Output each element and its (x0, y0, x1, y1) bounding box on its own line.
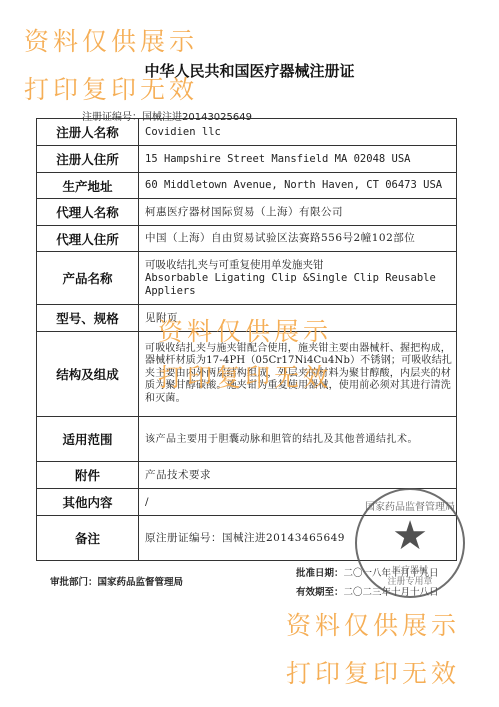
row-label: 适用范围 (37, 417, 139, 462)
seal-arc-text: 国家药品监督管理局 (357, 498, 463, 513)
row-value: 可吸收结扎夹与施夹钳配合使用，施夹钳主要由器械杆、握把构成，器械杆材质为17-4… (139, 332, 457, 417)
row-value: 见附页 (139, 305, 457, 332)
document-title: 中华人民共和国医疗器械注册证 (0, 60, 499, 81)
row-label: 代理人住所 (37, 226, 139, 252)
product-name-en-2: Appliers (145, 285, 454, 298)
row-value: 柯惠医疗器材国际贸易（上海）有限公司 (139, 199, 457, 226)
row-label: 注册人住所 (37, 146, 139, 173)
row-value: 60 Middletown Avenue, North Haven, CT 06… (139, 173, 457, 199)
row-label: 备注 (37, 516, 139, 561)
table-row: 注册人名称 Covidien llc (37, 119, 457, 146)
row-label: 其他内容 (37, 489, 139, 516)
table-row: 注册人住所 15 Hampshire Street Mansfield MA 0… (37, 146, 457, 173)
product-name-en-1: Absorbable Ligating Clip &Single Clip Re… (145, 272, 454, 285)
row-label: 产品名称 (37, 252, 139, 305)
row-value: 15 Hampshire Street Mansfield MA 02048 U… (139, 146, 457, 173)
watermark-bottom-line1: 资料仅供展示 (286, 606, 460, 642)
table-row: 产品名称 可吸收结扎夹与可重复使用单发施夹钳 Absorbable Ligati… (37, 252, 457, 305)
row-value: 可吸收结扎夹与可重复使用单发施夹钳 Absorbable Ligating Cl… (139, 252, 457, 305)
seal-inner-line1: 医疗器械 (357, 566, 463, 577)
seal-inner-line2: 注册专用章 (357, 577, 463, 588)
watermark-top-line1: 资料仅供展示 (24, 22, 198, 58)
product-name-cn: 可吸收结扎夹与可重复使用单发施夹钳 (145, 259, 454, 272)
approval-department-label: 审批部门： (50, 577, 98, 588)
table-row: 型号、规格 见附页 (37, 305, 457, 332)
table-row: 代理人名称 柯惠医疗器材国际贸易（上海）有限公司 (37, 199, 457, 226)
official-seal: 国家药品监督管理局 ★ 医疗器械 注册专用章 (355, 488, 465, 598)
table-row: 生产地址 60 Middletown Avenue, North Haven, … (37, 173, 457, 199)
row-value: 该产品主要用于胆囊动脉和胆管的结扎及其他普通结扎术。 (139, 417, 457, 462)
row-label: 注册人名称 (37, 119, 139, 146)
table-row: 附件 产品技术要求 (37, 462, 457, 489)
row-label: 代理人名称 (37, 199, 139, 226)
row-value: 中国（上海）自由贸易试验区法赛路556号2幢102部位 (139, 226, 457, 252)
table-row: 适用范围 该产品主要用于胆囊动脉和胆管的结扎及其他普通结扎术。 (37, 417, 457, 462)
valid-until-label: 有效期至： (296, 587, 344, 598)
row-value: Covidien llc (139, 119, 457, 146)
seal-inner-text: 医疗器械 注册专用章 (357, 566, 463, 588)
table-row: 结构及组成 可吸收结扎夹与施夹钳配合使用，施夹钳主要由器械杆、握把构成，器械杆材… (37, 332, 457, 417)
star-icon: ★ (357, 516, 463, 556)
row-label: 结构及组成 (37, 332, 139, 417)
row-label: 附件 (37, 462, 139, 489)
watermark-bottom-line2: 打印复印无效 (286, 654, 460, 690)
row-value: 产品技术要求 (139, 462, 457, 489)
approval-department: 审批部门：国家药品监督管理局 (50, 574, 183, 588)
table-row: 代理人住所 中国（上海）自由贸易试验区法赛路556号2幢102部位 (37, 226, 457, 252)
approval-date-label: 批准日期： (296, 568, 344, 579)
row-label: 生产地址 (37, 173, 139, 199)
approval-department-value: 国家药品监督管理局 (98, 577, 184, 588)
row-label: 型号、规格 (37, 305, 139, 332)
